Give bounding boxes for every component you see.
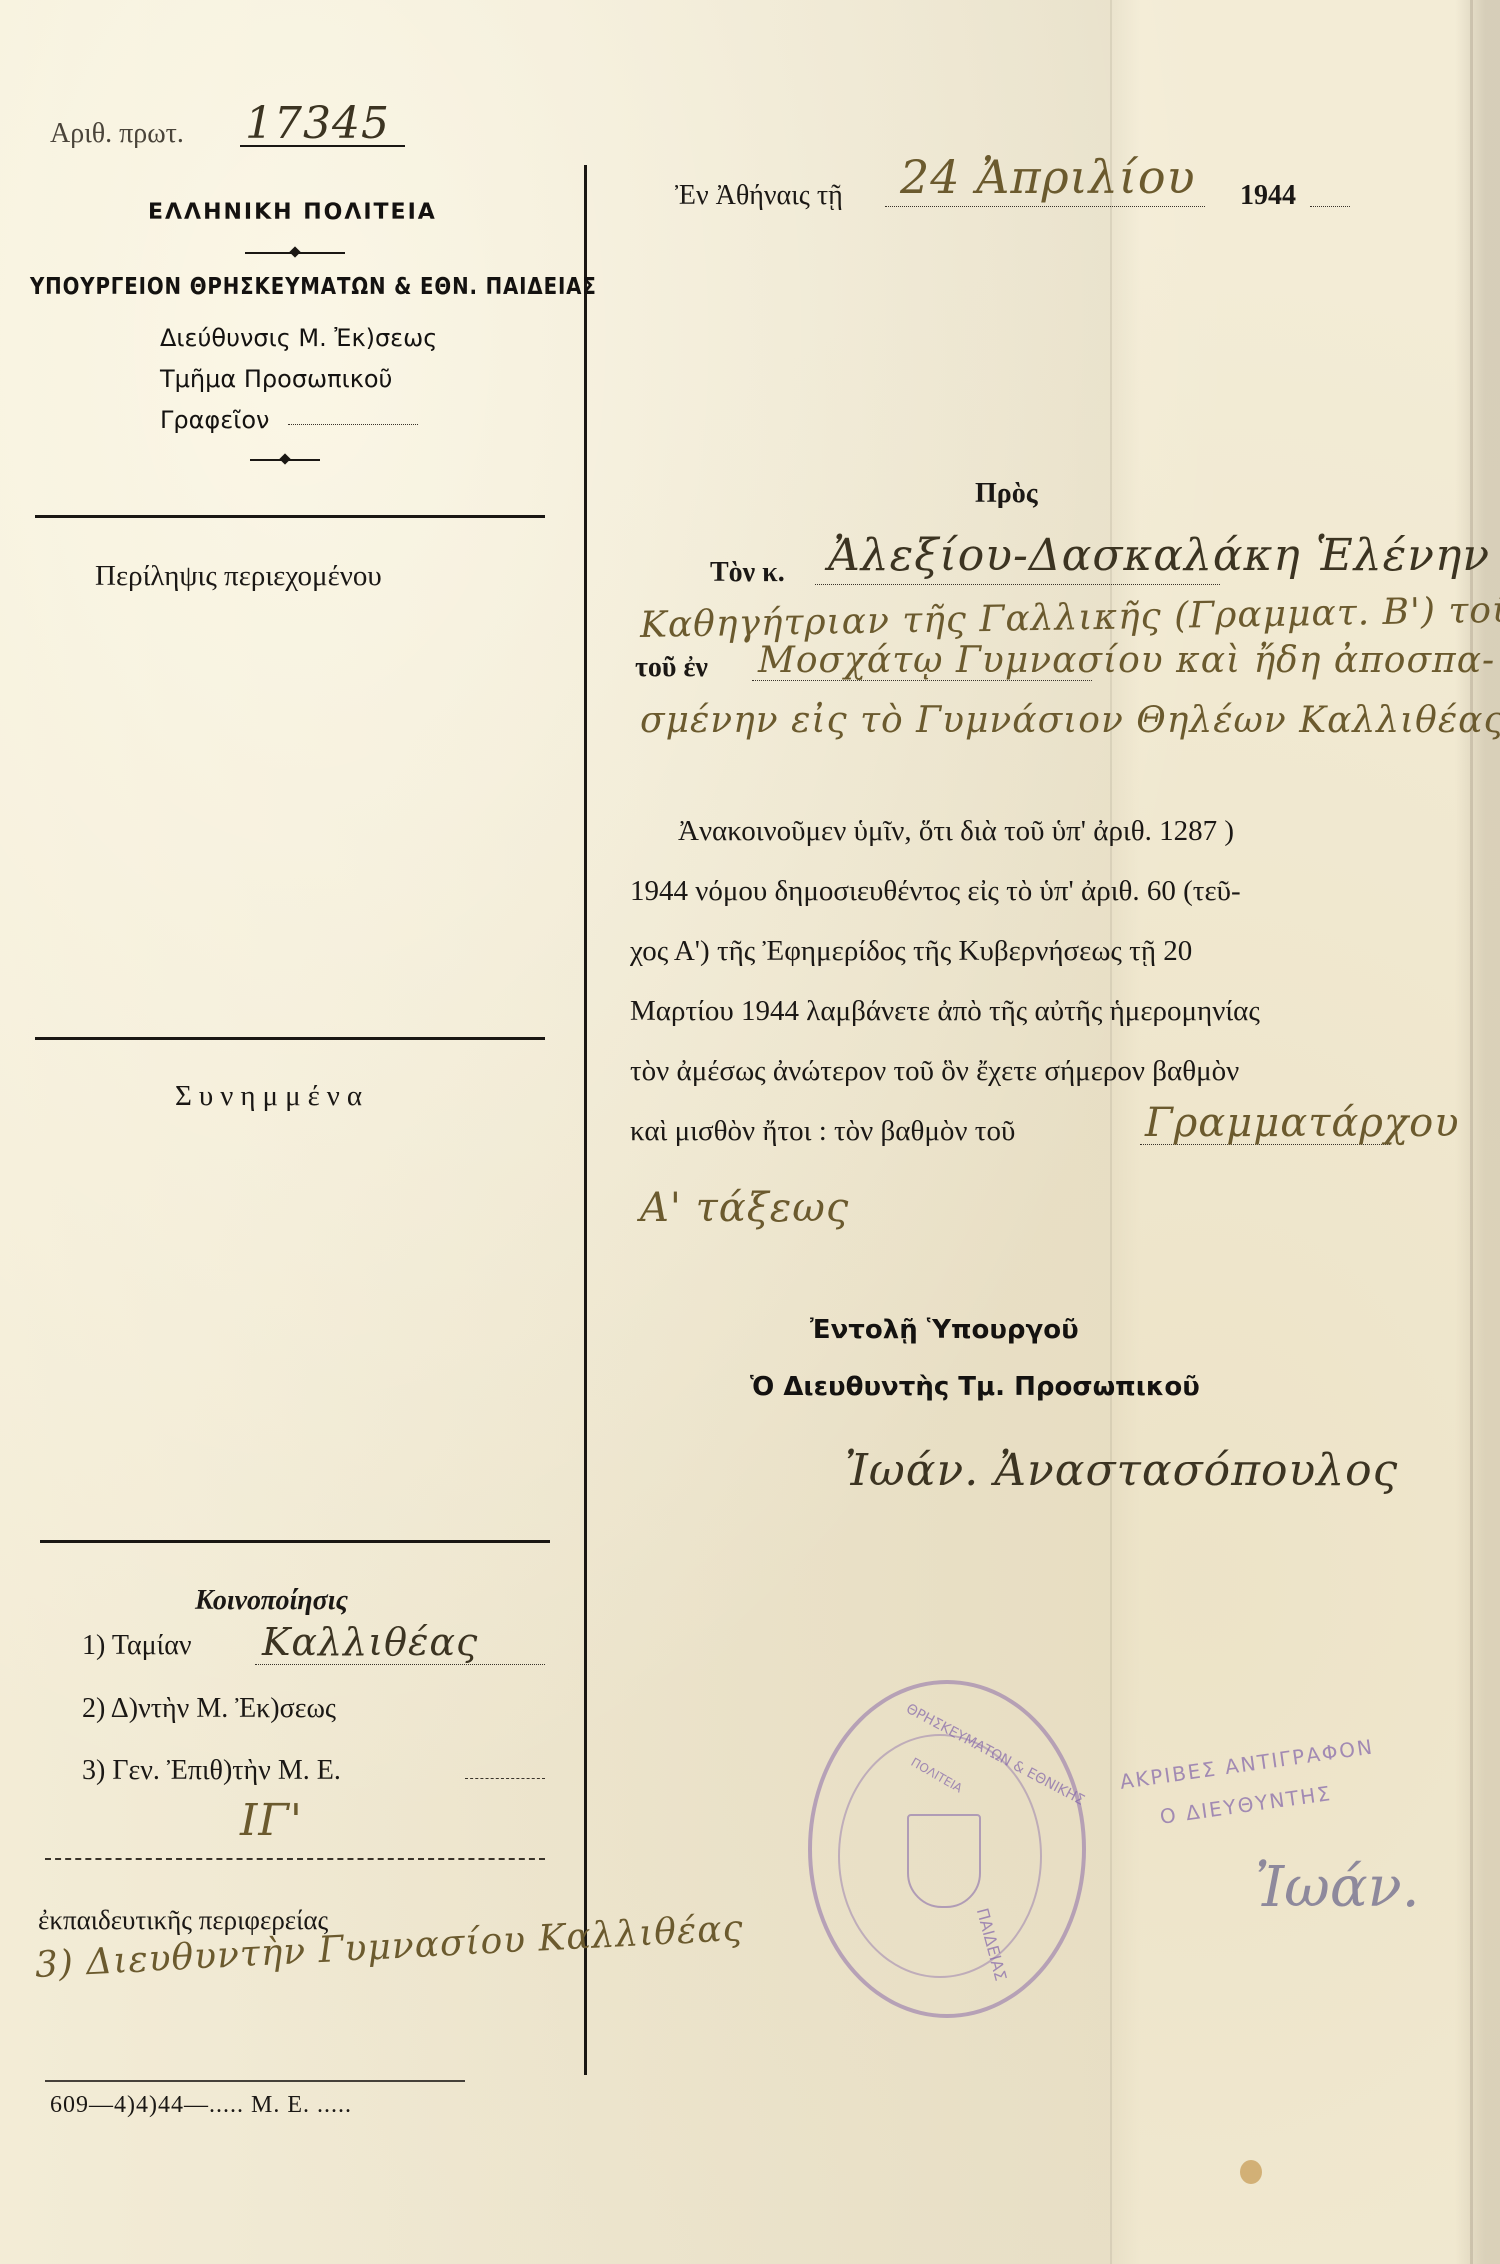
date-year-field xyxy=(1310,206,1350,207)
notification-item-1-field xyxy=(255,1664,545,1665)
section-rule-2 xyxy=(35,1037,545,1040)
paper-crease xyxy=(1110,0,1112,2264)
attachments-label: Συνημμένα xyxy=(175,1080,369,1113)
director-signature: Ἰωάν. Ἀναστασόπουλος xyxy=(845,1445,1398,1496)
notification-item-1-handwritten: Καλλιθέας xyxy=(262,1620,478,1664)
office-field xyxy=(288,424,418,425)
section-rule-1 xyxy=(35,515,545,518)
location-handwritten: Μοσχάτῳ Γυμνασίου καὶ ἤδη ἀποσπα- xyxy=(758,640,1495,681)
section-rule-4 xyxy=(45,1858,545,1860)
ornament-divider-2 xyxy=(250,459,320,461)
summary-label: Περίληψις περιεχομένου xyxy=(95,560,382,593)
recipient-line2: Καθηγήτριαν τῆς Γαλλικῆς (Γραμματ. Β') τ… xyxy=(640,589,1500,646)
recipient-prefix: Τὸν κ. xyxy=(710,557,785,589)
paper-crease-edge xyxy=(1470,0,1473,2264)
body-line-5: τὸν ἀμέσως ἀνώτερον τοῦ ὃν ἔχετε σήμερον… xyxy=(630,1055,1239,1088)
body-line-4: Μαρτίου 1944 λαμβάνετε ἀπὸ τῆς αὐτῆς ἡμε… xyxy=(630,995,1260,1028)
directorate: Διεύθυνσις Μ. Ἐκ)σεως xyxy=(160,324,437,352)
date-year: 1944 xyxy=(1240,180,1296,212)
location-line2: σμένην εἰς τὸ Γυμνάσιον Θηλέων Καλλιθέας xyxy=(640,700,1500,741)
department: Τμῆμα Προσωπικοῦ xyxy=(160,365,392,393)
protocol-label: Αριθ. πρωτ. xyxy=(50,118,184,150)
section-rule-3 xyxy=(40,1540,550,1543)
body-line-6: καὶ μισθὸν ἤτοι : τὸν βαθμὸν τοῦ xyxy=(630,1115,1015,1148)
certified-copy-line-1: ΑΚΡΙΒΕΣ ΑΝΤΙΓΡΑΦΟΝ xyxy=(1118,1734,1375,1793)
signature-line-2: Ὁ Διευθυντὴς Τμ. Προσωπικοῦ xyxy=(750,1372,1200,1402)
state-title: ΕΛΛΗΝΙΚΗ ΠΟΛΙΤΕΙΑ xyxy=(148,200,437,225)
notification-item-1: 1) Ταμίαν xyxy=(82,1630,192,1662)
body-line-2: 1944 νόμου δημοσιευθέντος εἰς τὸ ὑπ' ἀρι… xyxy=(630,875,1241,908)
date-field xyxy=(885,206,1205,207)
paper-stain xyxy=(1240,2160,1262,2184)
location-prefix: τοῦ ἐν xyxy=(635,652,708,684)
date-handwritten: 24 Ἀπριλίου xyxy=(900,150,1196,204)
certified-copy-line-2: Ο ΔΙΕΥΘΥΝΤΗΣ xyxy=(1158,1781,1333,1829)
office-label: Γραφεῖον xyxy=(160,406,269,434)
official-seal: ΘΡΗΣΚΕΥΜΑΤΩΝ & ΕΘΝΙΚΗΣ ΠΑΙΔΕΙΑΣ ΠΟΛΙΤΕΙΑ xyxy=(808,1680,1086,2018)
ornament-divider xyxy=(245,252,345,254)
section-rule-5 xyxy=(45,2080,465,2082)
recipient-field xyxy=(815,584,1220,585)
column-divider xyxy=(584,165,587,2075)
coat-of-arms-icon xyxy=(907,1814,981,1908)
notification-handwritten-mark: ΙΓ' xyxy=(240,1795,303,1846)
protocol-underline xyxy=(240,145,405,147)
notification-item-3: 3) Γεν. Ἐπιθ)τὴν Μ. Ε. xyxy=(82,1755,341,1787)
date-prefix: Ἐν Ἀθήναις τῇ xyxy=(675,180,843,212)
notification-title: Κοινοποίησις xyxy=(195,1585,348,1617)
certified-signature: Ἰωάν. xyxy=(1255,1855,1420,1920)
rank-class: Α' τάξεως xyxy=(640,1185,849,1231)
rank-handwritten: Γραμματάρχου xyxy=(1145,1100,1460,1146)
ministry-title: ΥΠΟΥΡΓΕΙΟΝ ΘΡΗΣΚΕΥΜΑΤΩΝ & ΕΘΝ. ΠΑΙΔΕΙΑΣ xyxy=(30,274,597,300)
signature-line-1: Ἐντολῇ Ὑπουργοῦ xyxy=(810,1315,1079,1345)
body-line-3: χος Α') τῆς Ἐφημερίδος τῆς Κυβερνήσεως τ… xyxy=(630,935,1192,968)
notification-item-2: 2) Δ)ντὴν Μ. Ἐκ)σεως xyxy=(82,1693,336,1725)
protocol-number: 17345 xyxy=(245,98,390,149)
footer-code: 609—4)4)44—..... Μ. Ε. ..... xyxy=(50,2092,352,2119)
recipient-name: Ἀλεξίου-Δασκαλάκη Ἑλένην xyxy=(828,530,1490,581)
notification-item-3-field xyxy=(465,1778,545,1779)
to-label: Πρὸς xyxy=(975,478,1038,510)
body-line-1: Ἀνακοινοῦμεν ὑμῖν, ὅτι διὰ τοῦ ὑπ' ἀριθ.… xyxy=(678,815,1234,848)
